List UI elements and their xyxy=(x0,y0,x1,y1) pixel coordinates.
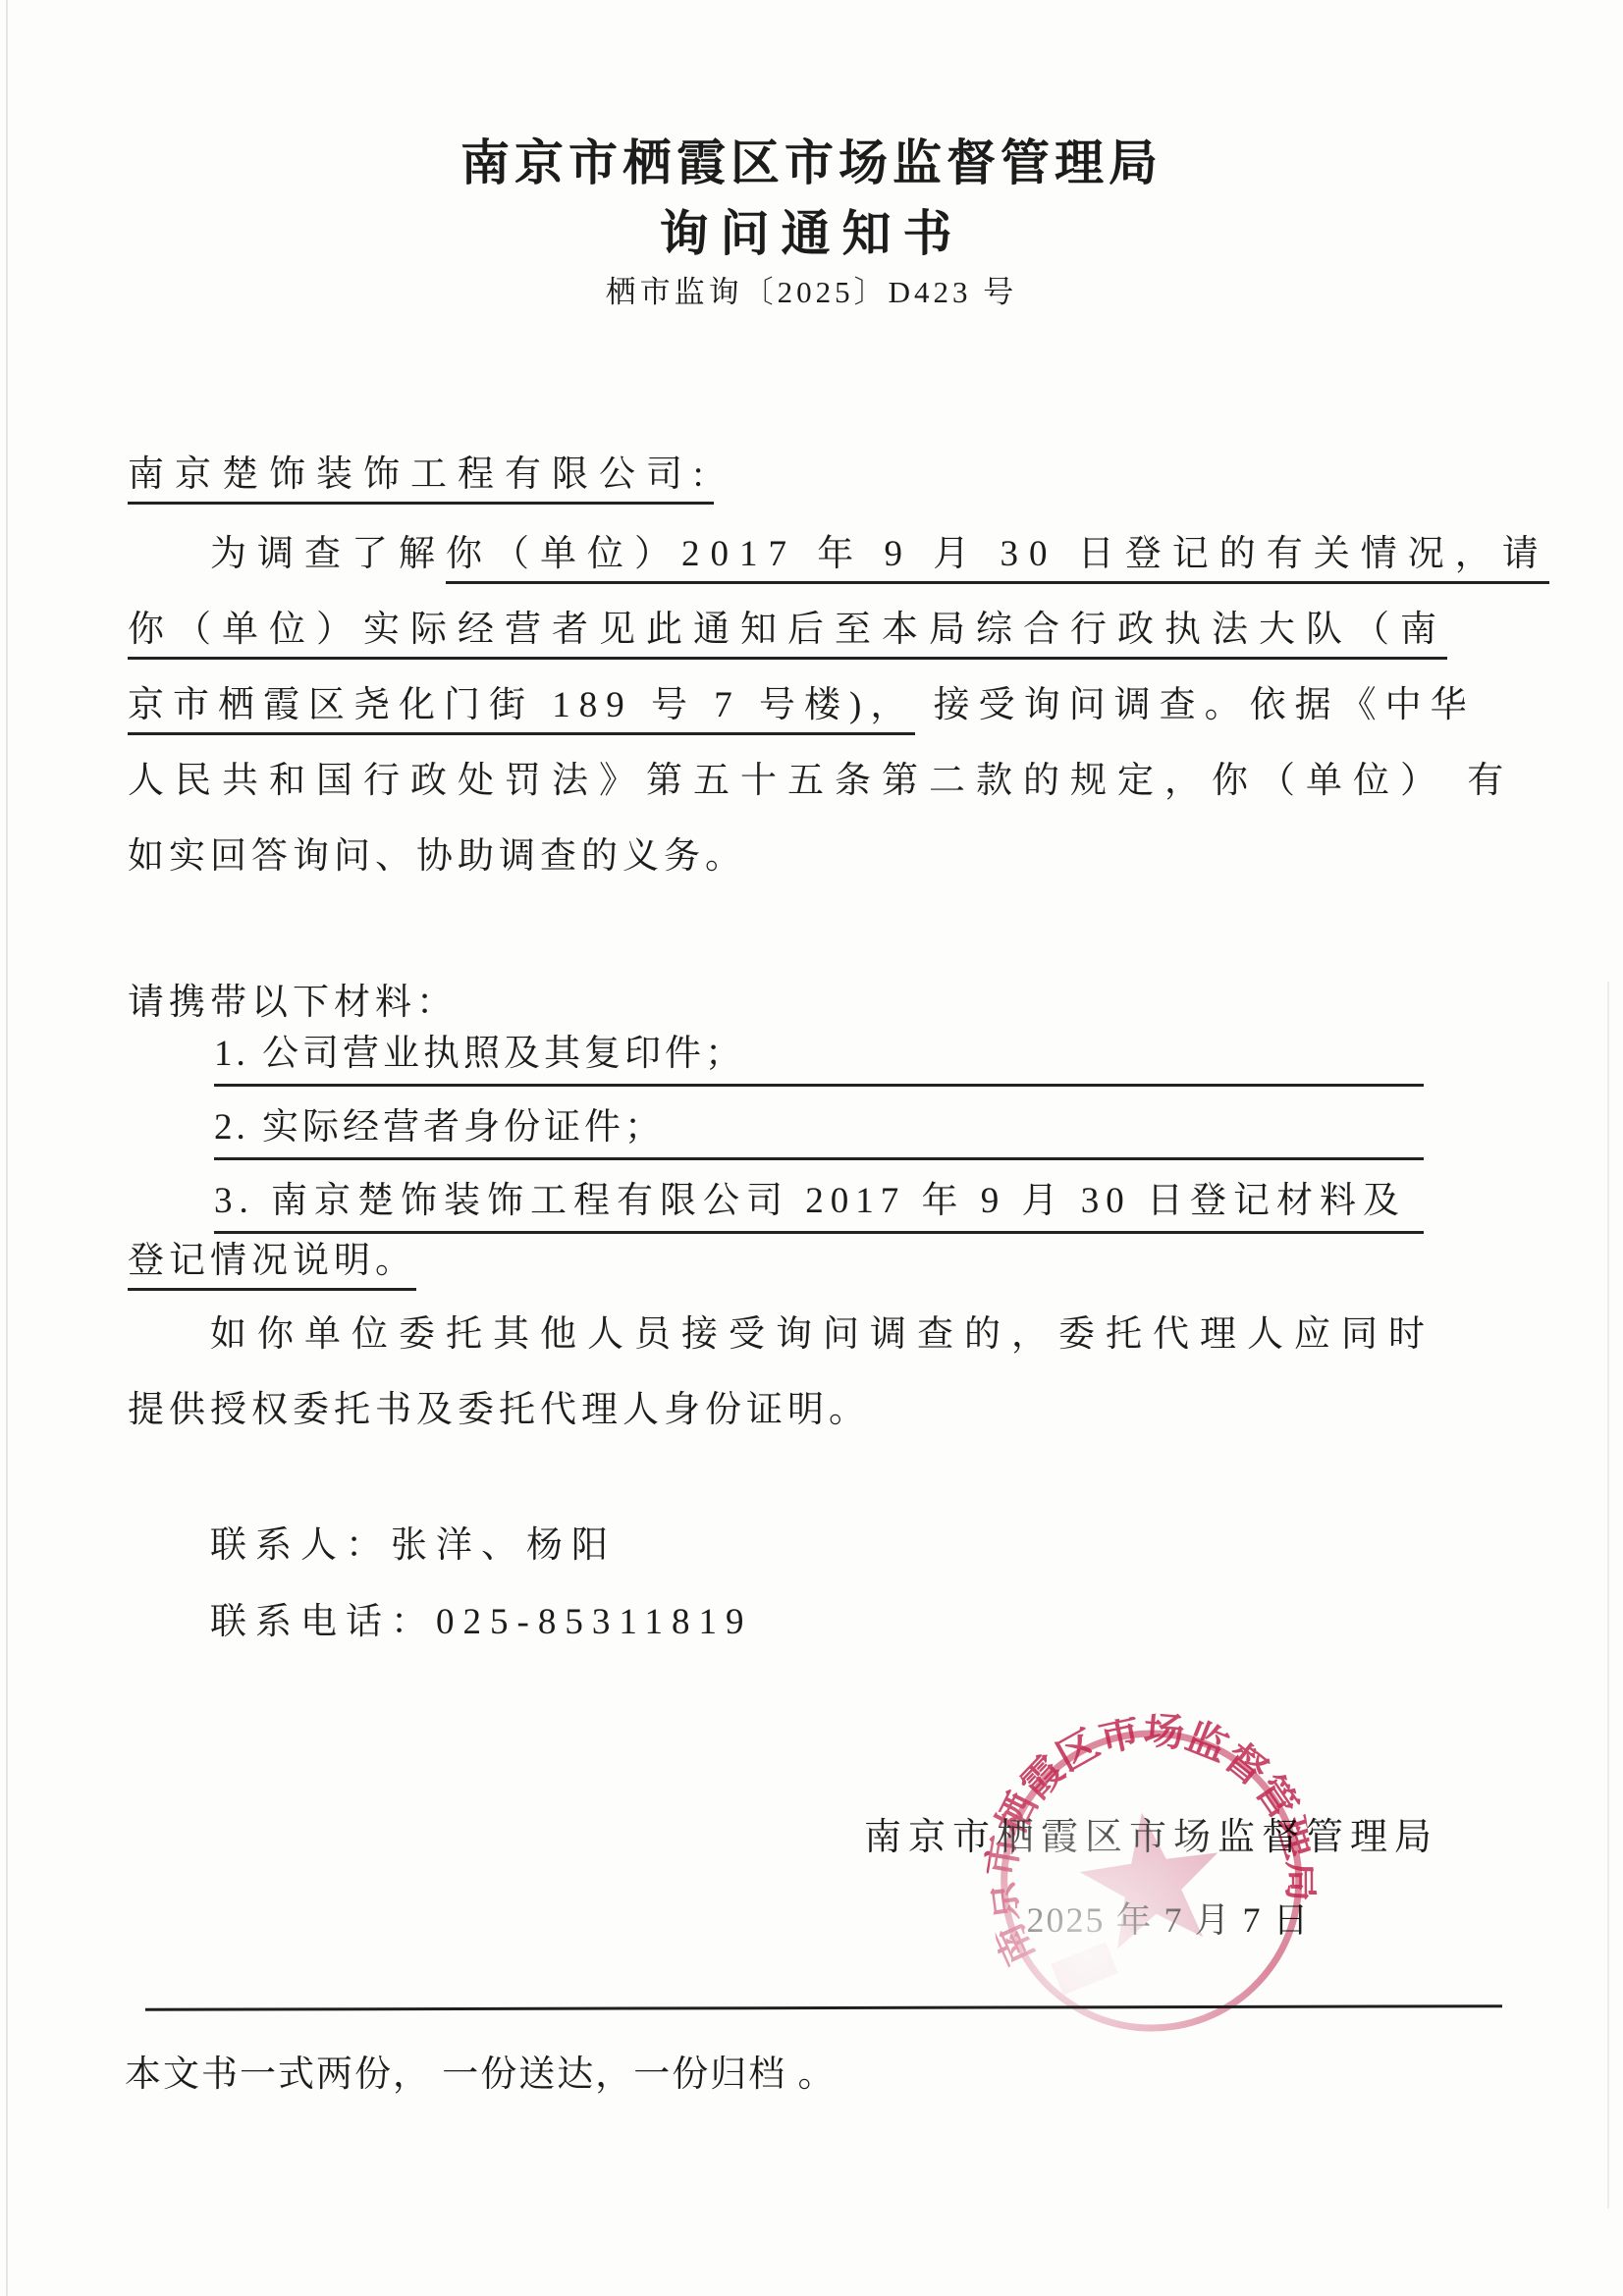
para1-line1-normal: 为调查了解 xyxy=(210,534,446,574)
material-item-1-text: 1. 公司营业执照及其复印件； xyxy=(214,1034,745,1074)
material-item-1: 1. 公司营业执照及其复印件； xyxy=(214,1023,1424,1087)
para1-line1: 为调查了解你（单位）2017 年 9 月 30 日登记的有关情况，请 xyxy=(128,523,1549,576)
para1-line3-underlined: 京市栖霞区尧化门街 189 号 7 号楼)， xyxy=(128,685,915,735)
para2-line2: 提供授权委托书及委托代理人身份证明。 xyxy=(128,1379,870,1432)
doc-number: 栖市监询〔2025〕D423 号 xyxy=(0,267,1623,311)
contact-person: 联系人：张洋、杨阳 xyxy=(210,1515,617,1568)
para1-line4: 人民共和国行政处罚法》第五十五条第二款的规定，你（单位） 有 xyxy=(128,750,1514,803)
recipient-line: 南京楚饰装饰工程有限公司: xyxy=(128,444,714,497)
para1-line5: 如实回答询问、协助调查的义务。 xyxy=(128,826,746,879)
para1-line1-underlined: 你（单位）2017 年 9 月 30 日登记的有关情况，请 xyxy=(446,534,1549,584)
material-item-3: 3. 南京楚饰装饰工程有限公司 2017 年 9 月 30 日登记材料及 xyxy=(214,1170,1424,1234)
para1-line3: 京市栖霞区尧化门街 189 号 7 号楼)， 接受询问调查。依据《中华 xyxy=(128,674,1476,727)
para1-line3-normal: 接受询问调查。依据《中华 xyxy=(915,685,1475,725)
material-item-3-cont: 登记情况说明。 xyxy=(128,1230,416,1283)
materials-header: 请携带以下材料： xyxy=(128,972,458,1025)
recipient-name: 南京楚饰装饰工程有限公司: xyxy=(128,454,714,505)
document-page: 南京市栖霞区市场监督管理局 询问通知书 栖市监询〔2025〕D423 号 南京楚… xyxy=(0,0,1623,2296)
contact-phone: 联系电话：025-85311819 xyxy=(210,1591,752,1644)
scan-artifact-left xyxy=(6,0,8,2296)
material-item-2: 2. 实际经营者身份证件； xyxy=(214,1096,1424,1160)
para1-line2: 你（单位）实际经营者见此通知后至本局综合行政执法大队（南 xyxy=(128,599,1447,652)
seal-star xyxy=(1073,1803,1229,1952)
para2-line1: 如你单位委托其他人员接受询问调查的，委托代理人应同时 xyxy=(128,1304,1435,1357)
material-item-3-text: 3. 南京楚饰装饰工程有限公司 2017 年 9 月 30 日登记材料及 xyxy=(214,1181,1406,1221)
material-item-2-text: 2. 实际经营者身份证件； xyxy=(214,1107,665,1148)
para1-line2-underlined: 你（单位）实际经营者见此通知后至本局综合行政执法大队（南 xyxy=(128,610,1447,660)
official-seal: 南京市栖霞区市场监督管理局 xyxy=(968,1695,1335,2071)
seal-smudge xyxy=(1051,1942,1117,1995)
footer-note: 本文书一式两份， 一份送达，一份归档 。 xyxy=(125,2044,837,2097)
page-title: 南京市栖霞区市场监督管理局 xyxy=(0,124,1623,194)
page-subtitle: 询问通知书 xyxy=(0,194,1623,265)
scan-artifact-right xyxy=(1607,982,1609,2209)
material-item-3-cont-text: 登记情况说明。 xyxy=(128,1241,416,1291)
